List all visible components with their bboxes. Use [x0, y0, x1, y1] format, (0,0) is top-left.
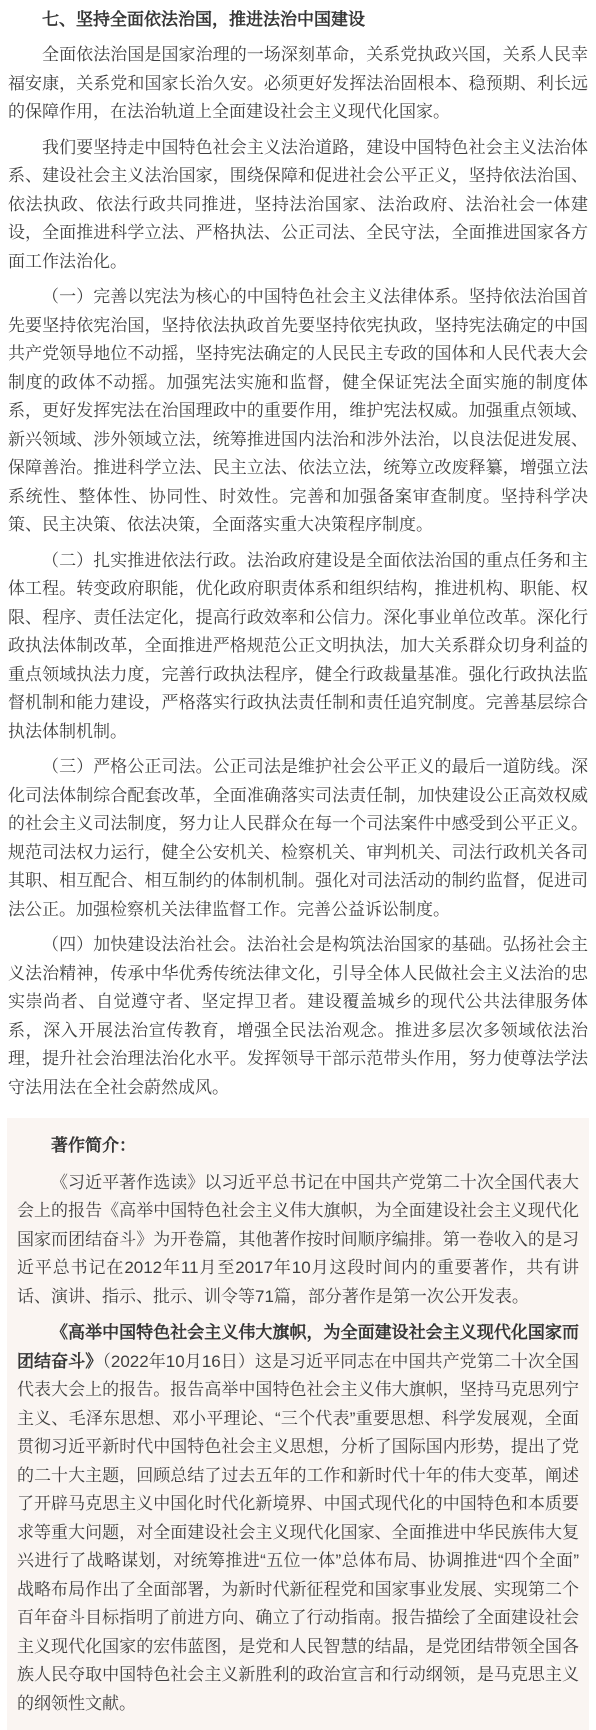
infobox-selected-works-paragraph: 《习近平著作选读》以习近平总书记在中国共产党第二十次全国代表大会上的报告《高举中… [17, 1169, 579, 1312]
section-title: 七、坚持全面依法治国，推进法治中国建设 [8, 6, 588, 34]
infobox-heading: 著作简介： [17, 1132, 579, 1161]
body-paragraph-5-item-3: （三）严格公正司法。公正司法是维护社会公平正义的最后一道防线。深化司法体制综合配… [8, 753, 588, 924]
report-paragraph-text: （2022年10月16日）这是习近平同志在中国共产党第二十次全国代表大会上的报告… [17, 1352, 579, 1713]
infobox-report-paragraph: 《高举中国特色社会主义伟大旗帜，为全面建设社会主义现代化国家而团结奋斗》（202… [17, 1319, 579, 1718]
body-paragraph-4-item-2: （二）扎实推进依法行政。法治政府建设是全面依法治国的重点任务和主体工程。转变政府… [8, 547, 588, 747]
body-paragraph-2: 我们要坚持走中国特色社会主义法治道路，建设中国特色社会主义法治体系、建设社会主义… [8, 134, 588, 277]
body-paragraph-6-item-4: （四）加快建设法治社会。法治社会是构筑法治国家的基础。弘扬社会主义法治精神，传承… [8, 931, 588, 1102]
article-page: 七、坚持全面依法治国，推进法治中国建设 全面依法治国是国家治理的一场深刻革命，关… [0, 0, 596, 1730]
book-intro-box: 著作简介： 《习近平著作选读》以习近平总书记在中国共产党第二十次全国代表大会上的… [7, 1118, 589, 1730]
body-paragraph-1: 全面依法治国是国家治理的一场深刻革命，关系党执政兴国，关系人民幸福安康，关系党和… [8, 41, 588, 127]
body-paragraph-3-item-1: （一）完善以宪法为核心的中国特色社会主义法律体系。坚持依法治国首先要坚持依宪治国… [8, 283, 588, 540]
